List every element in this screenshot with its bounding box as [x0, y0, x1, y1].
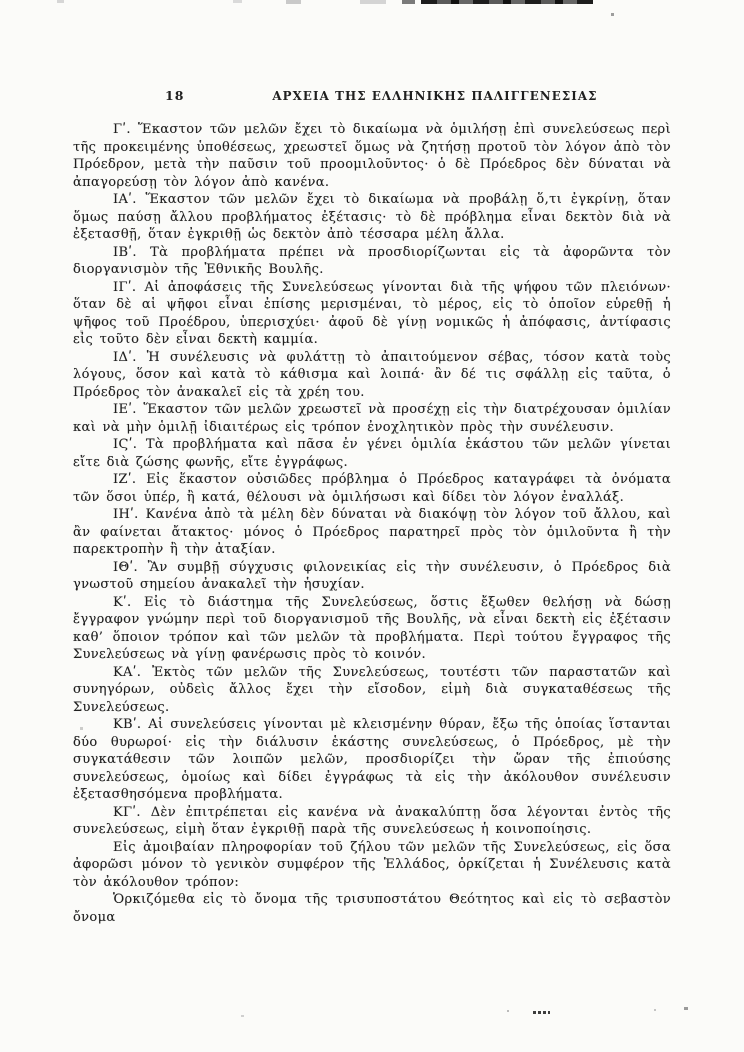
paragraph: Εἰς ἀμοιβαίαν πληροφορίαν τοῦ ζήλου τῶν …: [73, 839, 671, 892]
paragraph: ΙΔʹ. Ἡ συνέλευσις νὰ φυλάττῃ τὸ ἀπαιτούμ…: [73, 349, 671, 402]
paragraph-text: Ὁρκιζόμεθα εἰς τὸ ὄνομα τῆς τρισυποστάτο…: [73, 892, 671, 925]
paragraph-text: Εἰς ἕκαστον οὐσιῶδες πρόβλημα ὁ Πρόεδρος…: [73, 472, 671, 505]
paragraph-text: Ἕκαστον τῶν μελῶν ἔχει τὸ δικαίωμα νὰ ὁμ…: [73, 122, 671, 190]
paragraph-label: ΚΒʹ.: [113, 717, 141, 732]
scan-artifact: [286, 0, 301, 4]
paragraph: ΚΑʹ. Ἐκτὸς τῶν μελῶν τῆς Συνελεύσεως, το…: [73, 664, 671, 717]
document-body: Γʹ. Ἕκαστον τῶν μελῶν ἔχει τὸ δικαίωμα ν…: [73, 121, 671, 926]
paragraph-label: ΙΒʹ.: [113, 245, 137, 260]
paragraph-text: Εἰς τὸ διάστημα τῆς Συνελεύσεως, ὅστις ἔ…: [73, 595, 671, 663]
page-header-title: ΑΡΧΕΙΑ ΤΗΣ ΕΛΛΗΝΙΚΗΣ ΠΑΛΙΓΓΕΝΕΣΙΑΣ: [240, 89, 630, 103]
scan-artifact: [533, 1011, 550, 1014]
paragraph: ΙΑʹ. Ἕκαστον τῶν μελῶν ἔχει τὸ δικαίωμα …: [73, 191, 671, 244]
paragraph-label: ΙΗʹ.: [113, 507, 139, 522]
scan-artifact: [654, 1009, 656, 1011]
scan-artifact: [241, 1015, 244, 1017]
page-number: 18: [165, 88, 184, 103]
scan-artifact: [233, 0, 242, 3]
paragraph: ΚΒʹ. Αἱ συνελεύσεις γίνονται μὲ κλεισμέν…: [73, 716, 671, 804]
paragraph-label: ΙΓʹ.: [113, 280, 136, 295]
paragraph: ΙϚʹ. Τὰ προβλήματα καὶ πᾶσα ἐν γένει ὁμι…: [73, 436, 671, 471]
scan-artifact: [57, 0, 64, 3]
paragraph: ΚΓʹ. Δὲν ἐπιτρέπεται εἰς κανένα νὰ ἀνακα…: [73, 804, 671, 839]
scan-artifact: [421, 0, 593, 4]
paragraph: Ὁρκιζόμεθα εἰς τὸ ὄνομα τῆς τρισυποστάτο…: [73, 891, 671, 926]
paragraph-text: Αἱ ἀποφάσεις τῆς Συνελεύσεως γίνονται δι…: [73, 280, 671, 348]
paragraph: ΙΒʹ. Τὰ προβλήματα πρέπει νὰ προσδιορίζω…: [73, 244, 671, 279]
paragraph-text: Ἕκαστον τῶν μελῶν ἔχει τὸ δικαίωμα νὰ πρ…: [73, 192, 671, 242]
paragraph-label: ΙΖʹ.: [113, 472, 136, 487]
paragraph: ΙΘʹ. Ἂν συμβῇ σύγχυσις φιλονεικίας εἰς τ…: [73, 559, 671, 594]
paragraph-text: Τὰ προβλήματα πρέπει νὰ προσδιορίζωνται …: [73, 245, 671, 278]
scan-artifact: [611, 13, 614, 16]
paragraph-text: Ἂν συμβῇ σύγχυσις φιλονεικίας εἰς τὴν συ…: [73, 560, 671, 593]
paragraph-text: Κανένα ἀπὸ τὰ μέλη δὲν δύναται νὰ διακόψ…: [73, 507, 671, 557]
paragraph-label: ΙΑʹ.: [113, 192, 137, 207]
scanned-page: 18 ΑΡΧΕΙΑ ΤΗΣ ΕΛΛΗΝΙΚΗΣ ΠΑΛΙΓΓΕΝΕΣΙΑΣ Γʹ…: [0, 0, 744, 1052]
paragraph: Κʹ. Εἰς τὸ διάστημα τῆς Συνελεύσεως, ὅστ…: [73, 594, 671, 664]
paragraph: ΙΗʹ. Κανένα ἀπὸ τὰ μέλη δὲν δύναται νὰ δ…: [73, 506, 671, 559]
paragraph: ΙΖʹ. Εἰς ἕκαστον οὐσιῶδες πρόβλημα ὁ Πρό…: [73, 471, 671, 506]
paragraph-label: ΚΓʹ.: [113, 805, 141, 820]
paragraph-label: ΙϚʹ.: [113, 437, 137, 452]
paragraph-label: ΙΘʹ.: [113, 560, 138, 575]
scan-artifact: [507, 1010, 509, 1012]
paragraph: ΙΕʹ. Ἕκαστον τῶν μελῶν χρεωστεῖ νὰ προσέ…: [73, 401, 671, 436]
scan-artifact: [684, 1007, 688, 1010]
paragraph-label: ΙΕʹ.: [113, 402, 137, 417]
paragraph-label: Κʹ.: [113, 595, 132, 610]
paragraph: ΙΓʹ. Αἱ ἀποφάσεις τῆς Συνελεύσεως γίνοντ…: [73, 279, 671, 349]
paragraph-text: Δὲν ἐπιτρέπεται εἰς κανένα νὰ ἀνακαλύπτῃ…: [73, 805, 671, 838]
scan-artifact: [360, 0, 386, 4]
paragraph-text: Ἕκαστον τῶν μελῶν χρεωστεῖ νὰ προσέχῃ εἰ…: [73, 402, 671, 435]
paragraph-text: Τὰ προβλήματα καὶ πᾶσα ἐν γένει ὁμιλία ἑ…: [73, 437, 671, 470]
paragraph-label: ΚΑʹ.: [113, 665, 141, 680]
paragraph-label: Γʹ.: [113, 122, 131, 137]
scan-artifact: [402, 0, 415, 4]
paragraph-text: Αἱ συνελεύσεις γίνονται μὲ κλεισμένην θύ…: [73, 717, 671, 802]
paragraph-text: Ἐκτὸς τῶν μελῶν τῆς Συνελεύσεως, τουτέστ…: [73, 665, 671, 715]
paragraph: Γʹ. Ἕκαστον τῶν μελῶν ἔχει τὸ δικαίωμα ν…: [73, 121, 671, 191]
paragraph-text: Ἡ συνέλευσις νὰ φυλάττῃ τὸ ἀπαιτούμενον …: [73, 350, 671, 400]
paragraph-label: ΙΔʹ.: [113, 350, 137, 365]
paragraph-text: Εἰς ἀμοιβαίαν πληροφορίαν τοῦ ζήλου τῶν …: [73, 840, 671, 890]
